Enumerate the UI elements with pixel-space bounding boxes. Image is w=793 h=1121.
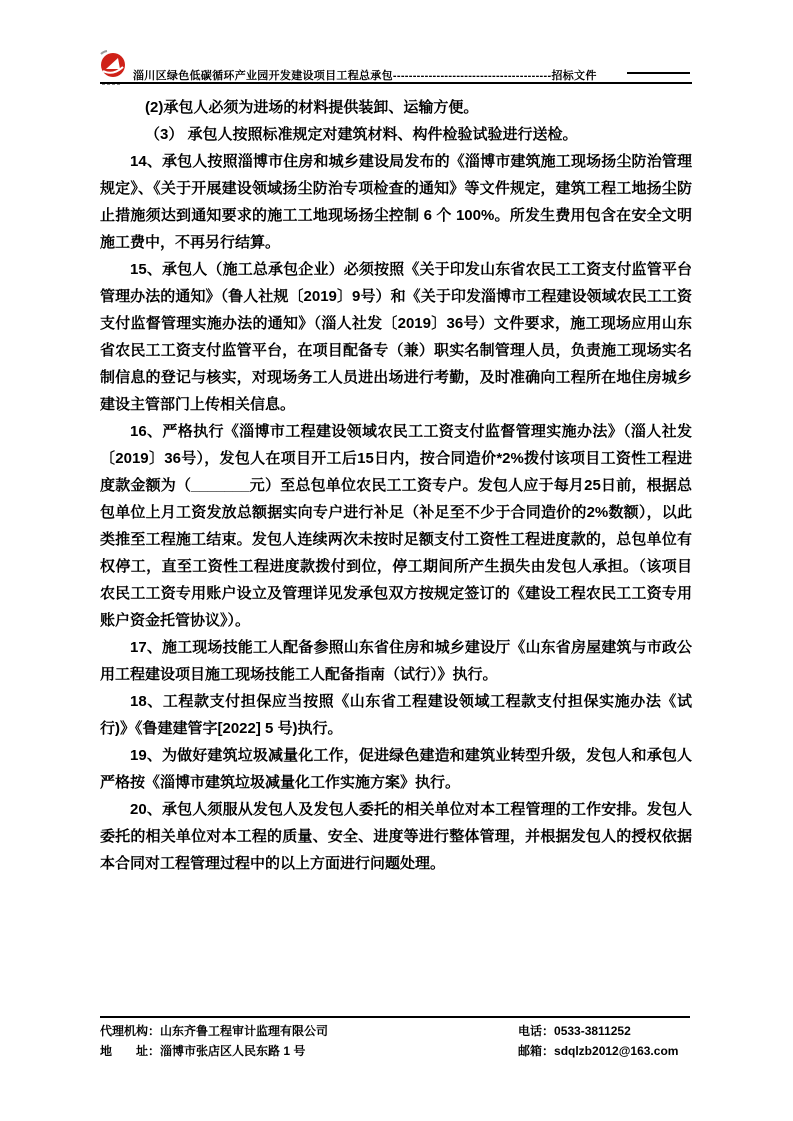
paragraph-9: 20、承包人须服从发包人及发包人委托的相关单位对本工程管理的工作安排。发包人委托… [100, 796, 692, 877]
paragraph-1: (2)承包人必须为进场的材料提供装卸、运输方便。 [100, 94, 692, 121]
header-doc-label: 招标文件 [551, 70, 596, 82]
footer-email-line: 邮箱：sdqlzb2012@163.com [518, 1041, 678, 1061]
header-underline [100, 82, 692, 84]
footer-right-column: 电话：0533-3811252 邮箱：sdqlzb2012@163.com [518, 1021, 678, 1061]
phone-value: 0533-3811252 [554, 1024, 631, 1038]
document-body: (2)承包人必须为进场的材料提供装卸、运输方便。（3） 承包人按照标准规定对建筑… [100, 94, 692, 877]
email-label: 邮箱： [518, 1044, 554, 1058]
header-page-rule [627, 72, 690, 74]
paragraph-4: 15、承包人（施工总承包企业）必须按照《关于印发山东省农民工工资支付监管平台管理… [100, 256, 692, 418]
agency-label: 代理机构： [100, 1024, 160, 1038]
footer-phone-line: 电话：0533-3811252 [518, 1021, 678, 1041]
footer-rule [100, 1016, 690, 1018]
paragraph-7: 18、工程款支付担保应当按照《山东省工程建设领域工程款支付担保实施办法《试行)》… [100, 688, 692, 742]
footer-address-line: 地 址：淄博市张店区人民东路 1 号 [100, 1041, 328, 1061]
footer-left-column: 代理机构：山东齐鲁工程审计监理有限公司 地 址：淄博市张店区人民东路 1 号 [100, 1021, 328, 1061]
paragraph-5: 16、严格执行《淄博市工程建设领域农民工工资支付监督管理实施办法》（淄人社发〔2… [100, 418, 692, 634]
agency-value: 山东齐鲁工程审计监理有限公司 [160, 1024, 328, 1038]
document-page: 淄川区绿色低碳循环产业园开发建设项目工程总承包-----------------… [0, 0, 793, 1121]
header-separator-dashes: ---------------------------------------- [393, 70, 552, 82]
paragraph-2: （3） 承包人按照标准规定对建筑材料、构件检验试验进行送检。 [100, 121, 692, 148]
address-label: 地 址： [100, 1044, 160, 1058]
header-title-row: 淄川区绿色低碳循环产业园开发建设项目工程总承包-----------------… [133, 67, 597, 83]
phone-label: 电话： [518, 1024, 554, 1038]
header-project-title: 淄川区绿色低碳循环产业园开发建设项目工程总承包 [133, 70, 393, 82]
paragraph-8: 19、为做好建筑垃圾减量化工作，促进绿色建造和建筑业转型升级，发包人和承包人严格… [100, 742, 692, 796]
email-value: sdqlzb2012@163.com [554, 1044, 678, 1058]
address-value: 淄博市张店区人民东路 1 号 [160, 1044, 305, 1058]
paragraph-3: 14、承包人按照淄博市住房和城乡建设局发布的《淄博市建筑施工现场扬尘防治管理规定… [100, 148, 692, 256]
paragraph-6: 17、施工现场技能工人配备参照山东省住房和城乡建设厅《山东省房屋建筑与市政公用工… [100, 634, 692, 688]
footer-agency-line: 代理机构：山东齐鲁工程审计监理有限公司 [100, 1021, 328, 1041]
